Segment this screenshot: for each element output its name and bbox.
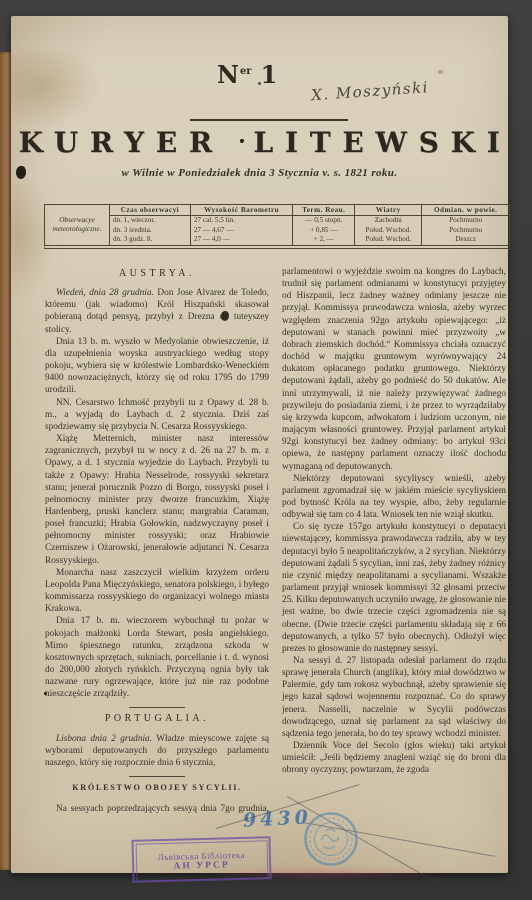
issue-number: Ner1 — [217, 60, 278, 89]
weather-table-grid: Czas obserwacyiWysokość BarometruTerm. R… — [110, 205, 509, 245]
section-heading: PORTUGALIA. — [45, 713, 269, 725]
right-column: parlamentowi o wyjeździe swoim na kongre… — [282, 266, 506, 816]
section-divider — [129, 707, 185, 708]
article-paragraph: NN. Cesarstwo Ichmość przybyli tu z Opaw… — [45, 397, 269, 433]
weather-cell: 27 — 4,67 — — [190, 226, 292, 236]
article-paragraph: Niektórzy deputowani sycyliyscy wnieśli,… — [282, 473, 506, 522]
article-paragraph: Monarcha nasz zaszczycił wielkim krzyżem… — [45, 567, 269, 616]
article-paragraph: Wiedeń, dnia 28 grudnia. Don Jose Alvare… — [45, 287, 269, 336]
weather-col-header: Odmian. w powie. — [422, 205, 509, 216]
red-smudge — [196, 867, 446, 879]
weather-row: dn. 3 średnia.27 — 4,67 —+ 0,85 —Połud. … — [110, 226, 509, 236]
issue-number-sup: er — [240, 66, 252, 77]
article-paragraph: Xiążę Metternich, minister nasz interess… — [45, 433, 269, 567]
weather-cell: Zachodni — [355, 216, 422, 226]
weather-cell: Pochmurno — [422, 216, 509, 226]
weather-cell: + 2, — — [293, 235, 355, 245]
article-paragraph: Dziennik Voce del Secolo (głos wieku) ta… — [282, 740, 506, 776]
article-paragraph: parlamentowi o wyjeździe swoim na kongre… — [282, 266, 506, 473]
newspaper-title: KURYER LITEWSKI — [11, 126, 514, 159]
weather-col-header: Wiatry — [355, 205, 422, 216]
article-paragraph: Na sessyi d. 27 listopada odesłał parlam… — [282, 655, 506, 740]
weather-cell: dn. 1, wieczor. — [110, 216, 190, 226]
handwritten-owner-note: X. Moszyński — [311, 74, 492, 105]
section-divider — [129, 776, 185, 777]
issue-dateline: w Wilnie w Poniedziałek dnia 3 Stycznia … — [11, 167, 508, 179]
weather-table-label: Obserwacye meteorologiczne. — [45, 205, 110, 245]
article-paragraph: Co się tycze 157go artykułu konstytucyi … — [282, 521, 506, 655]
article-paragraph: Lisbona dnia 2 grudnia. Władze mieyscowe… — [45, 733, 269, 769]
scan-background: Ner1 X. Moszyński KURYER LITEWSKI w Wiln… — [0, 0, 532, 900]
dateline-lead: Wiedeń, dnia 28 grudnia. — [56, 288, 154, 298]
weather-table-header-row: Czas obserwacyiWysokość BarometruTerm. R… — [110, 205, 509, 216]
weather-row: dn. 1, wieczor.27 cal. 5,5 lin.— 0,5 sto… — [110, 216, 509, 226]
weather-col-header: Wysokość Barometru — [190, 205, 292, 216]
article-columns: AUSTRYA.Wiedeń, dnia 28 grudnia. Don Jos… — [45, 266, 506, 816]
section-heading: KRÓLESTWO OBOJEY SYCYLII. — [45, 782, 269, 794]
weather-cell: 27 cal. 5,5 lin. — [190, 216, 292, 226]
weather-cell: dn. 3 godz. 8. — [110, 235, 190, 245]
masthead-rule — [190, 119, 348, 121]
article-paragraph: Dnia 13 b. m. wyszło w Medyolanie obwies… — [45, 336, 269, 397]
newspaper-page: Ner1 X. Moszyński KURYER LITEWSKI w Wiln… — [11, 16, 508, 873]
weather-cell: Pochmurno — [422, 226, 509, 236]
weather-cell: + 0,85 — — [293, 226, 355, 236]
round-ink-stamp — [302, 810, 360, 868]
weather-col-header: Czas obserwacyi — [110, 205, 190, 216]
ink-blot — [438, 70, 443, 74]
ink-blot — [44, 692, 47, 695]
weather-table-body: dn. 1, wieczor.27 cal. 5,5 lin.— 0,5 sto… — [110, 216, 509, 246]
weather-cell: 27 — 4,0 — — [190, 235, 292, 245]
dateline-lead: Lisbona dnia 2 grudnia. — [56, 734, 152, 744]
issue-number-value: 1 — [261, 60, 279, 89]
issue-number-n: N — [217, 60, 240, 89]
article-paragraph: Na sessyach poprzedzających sessyą dnia … — [45, 803, 269, 816]
weather-row: dn. 3 godz. 8.27 — 4,0 —+ 2, —Połud. Wsc… — [110, 235, 509, 245]
weather-col-header: Term. Reau. — [293, 205, 355, 216]
left-column: AUSTRYA.Wiedeń, dnia 28 grudnia. Don Jos… — [45, 266, 269, 816]
section-heading: AUSTRYA. — [45, 268, 269, 280]
weather-observations-table: Obserwacye meteorologiczne. Czas obserwa… — [44, 204, 510, 249]
weather-cell: Połud. Wschod. — [355, 235, 422, 245]
weather-cell: dn. 3 średnia. — [110, 226, 190, 236]
weather-cell: Deszcz — [422, 235, 509, 245]
article-paragraph: Dnia 17 b. m. wieczorem wybuchnął tu poż… — [45, 615, 269, 700]
weather-cell: — 0,5 stopn. — [293, 216, 355, 226]
weather-cell: Połud. Wschod. — [355, 226, 422, 236]
